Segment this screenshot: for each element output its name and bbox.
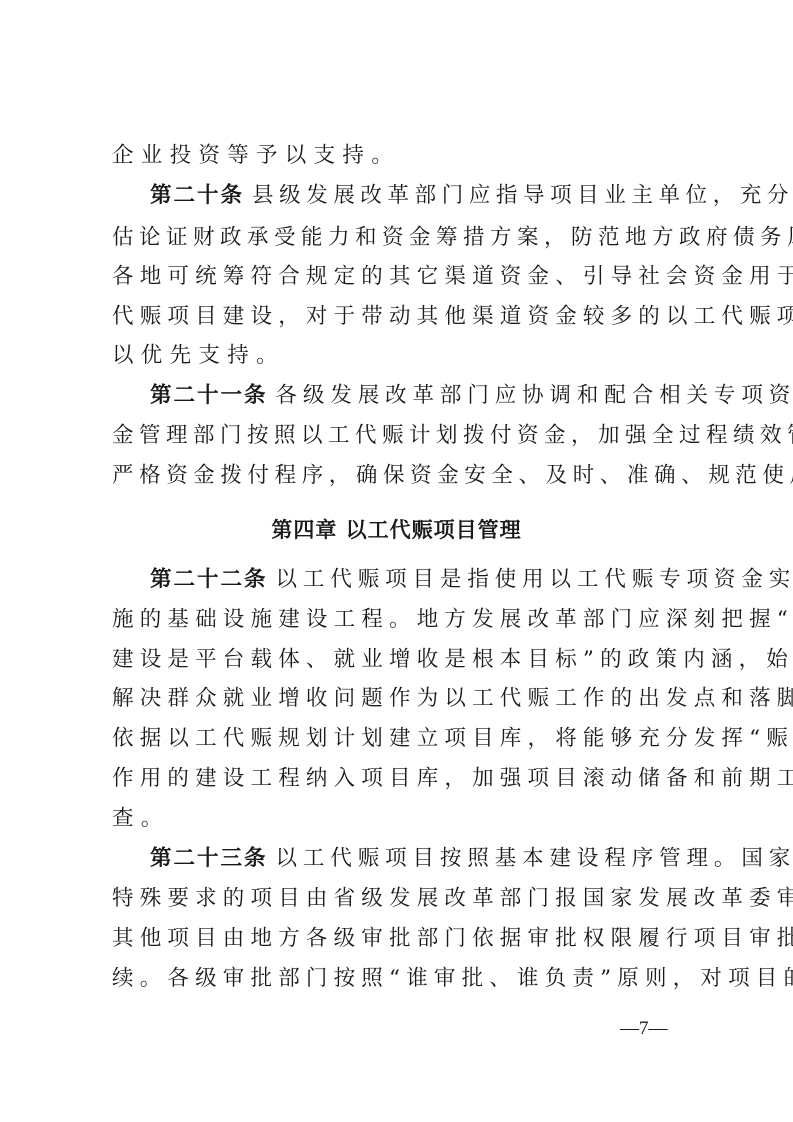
paragraph-line: 特殊要求的项目由省级发展改革部门报国家发展改革委审批，: [112, 886, 692, 912]
chapter-heading: 第四章 以工代赈项目管理: [0, 514, 793, 544]
paragraph-line: 企业投资等予以支持。: [112, 143, 692, 169]
article-21-line: 第二十一条各级发展改革部门应协调和配合相关专项资: [150, 383, 730, 409]
paragraph-line: 各地可统筹符合规定的其它渠道资金、引导社会资金用于以工: [112, 264, 692, 290]
paragraph-line: 续。各级审批部门按照“谁审批、谁负责”原则，对项目的审: [112, 966, 692, 992]
article-22-label: 第二十二条: [150, 567, 268, 592]
paragraph-line: 依据以工代赈规划计划建立项目库，将能够充分发挥“赈”的: [112, 726, 692, 752]
article-23-line: 第二十三条以工代赈项目按照基本建设程序管理。国家有: [150, 846, 730, 872]
article-23-label: 第二十三条: [150, 846, 268, 871]
paragraph-line: 其他项目由地方各级审批部门依据审批权限履行项目审批手: [112, 926, 692, 952]
paragraph-line: 施的基础设施建设工程。地方发展改革部门应深刻把握“项目: [112, 607, 692, 633]
paragraph-line: 作用的建设工程纳入项目库，加强项目滚动储备和前期工作审: [112, 766, 692, 792]
paragraph-text: 县级发展改革部门应指导项目业主单位，充分评: [252, 183, 793, 208]
paragraph-text: 各级发展改革部门应协调和配合相关专项资: [276, 383, 793, 408]
article-20-label: 第二十条: [150, 183, 244, 208]
page-number: —7—: [620, 1018, 668, 1040]
document-page: 企业投资等予以支持。 第二十条县级发展改革部门应指导项目业主单位，充分评 估论证…: [0, 0, 793, 1122]
paragraph-line: 建设是平台载体、就业增收是根本目标”的政策内涵，始终把: [112, 647, 692, 673]
paragraph-line: 估论证财政承受能力和资金筹措方案，防范地方政府债务风险。: [112, 225, 692, 251]
paragraph-line: 解决群众就业增收问题作为以工代赈工作的出发点和落脚点，: [112, 686, 692, 712]
paragraph-line: 金管理部门按照以工代赈计划拨付资金，加强全过程绩效管理，: [112, 423, 692, 449]
paragraph-text: 以工代赈项目按照基本建设程序管理。国家有: [276, 846, 793, 871]
paragraph-line: 严格资金拨付程序，确保资金安全、及时、准确、规范使用。: [112, 463, 692, 489]
article-20-line: 第二十条县级发展改革部门应指导项目业主单位，充分评: [150, 183, 730, 209]
paragraph-line: 查。: [112, 806, 692, 832]
paragraph-line: 代赈项目建设，对于带动其他渠道资金较多的以工代赈项目予: [112, 304, 692, 330]
paragraph-line: 以优先支持。: [112, 343, 692, 369]
paragraph-text: 以工代赈项目是指使用以工代赈专项资金实: [276, 567, 793, 592]
article-22-line: 第二十二条以工代赈项目是指使用以工代赈专项资金实: [150, 567, 730, 593]
article-21-label: 第二十一条: [150, 383, 268, 408]
